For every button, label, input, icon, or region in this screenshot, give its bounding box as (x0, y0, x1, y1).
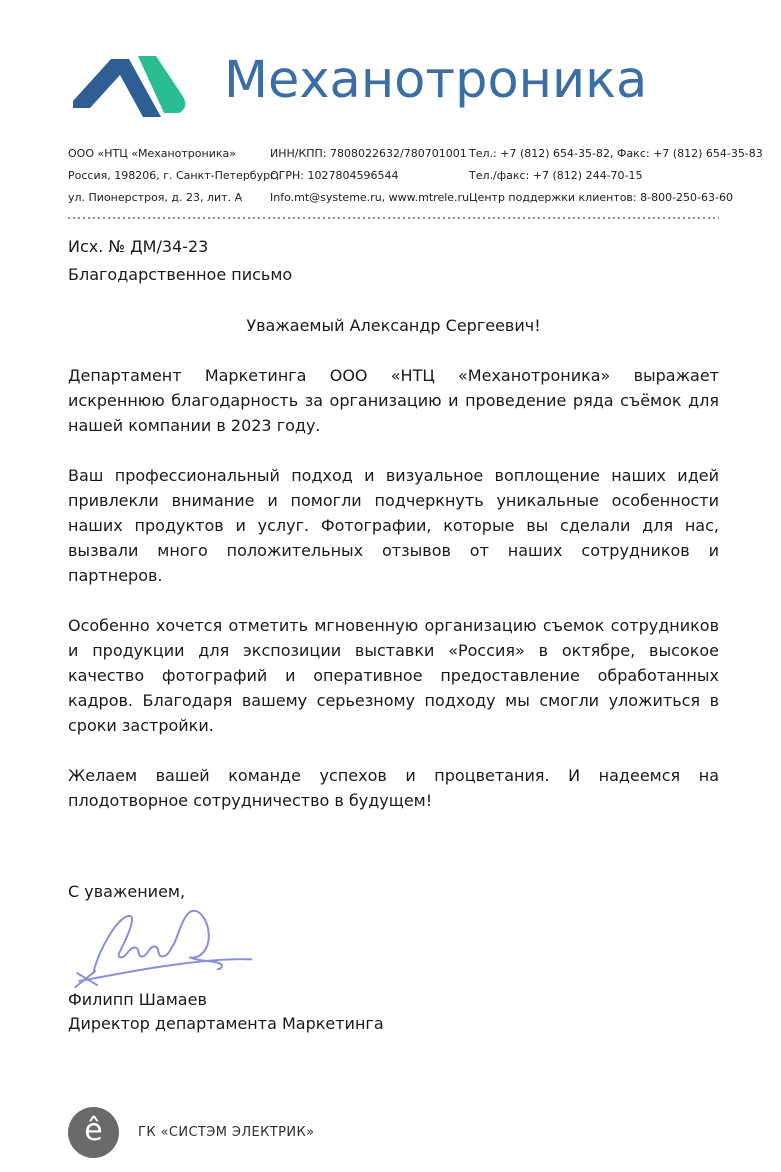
handwritten-signature (70, 906, 719, 990)
ogrn: ОГРН: 1027804596544 (270, 165, 469, 187)
mechanotronika-logo-icon (68, 44, 208, 119)
email-and-website: Info.mt@systeme.ru, www.mtrele.ru (270, 187, 469, 209)
group-name: ГК «СИСТЭМ ЭЛЕКТРИК» (138, 1125, 314, 1140)
inn-kpp: ИНН/КПП: 7808022632/780701001 (270, 143, 469, 165)
footer: ê ГК «СИСТЭМ ЭЛЕКТРИК» (68, 1107, 314, 1158)
company-address-line2: ул. Пионерстроя, д. 23, лит. А (68, 187, 270, 209)
paragraph-4: Желаем вашей команде успехов и процветан… (68, 763, 719, 813)
phone-fax: Тел.: +7 (812) 654-35-82, Факс: +7 (812)… (469, 143, 763, 165)
letterhead-info: ООО «НТЦ «Механотроника» Россия, 198206,… (68, 143, 719, 209)
company-info-column: ООО «НТЦ «Механотроника» Россия, 198206,… (68, 143, 270, 209)
signature-icon (70, 906, 305, 990)
salutation: Уважаемый Александр Сергеевич! (68, 313, 719, 338)
ref-number: Исх. № ДМ/34-23 (68, 236, 719, 258)
registration-info-column: ИНН/КПП: 7808022632/780701001 ОГРН: 1027… (270, 143, 469, 209)
brand-header: Механотроника (68, 44, 719, 118)
paragraph-3: Особенно хочется отметить мгновенную орг… (68, 613, 719, 738)
letter-page: Механотроника ООО «НТЦ «Механотроника» Р… (0, 0, 781, 1172)
signer-title: Директор департамента Маркетинга (68, 1012, 719, 1036)
paragraph-1: Департамент Маркетинга ООО «НТЦ «Механот… (68, 363, 719, 438)
signer-name: Филипп Шамаев (68, 988, 719, 1012)
document-type: Благодарственное письмо (68, 264, 719, 286)
systeme-electric-logo-icon: ê (68, 1107, 119, 1158)
closing-phrase: С уважением, (68, 879, 719, 904)
letter-body: Департамент Маркетинга ООО «НТЦ «Механот… (68, 363, 719, 813)
dotted-divider (68, 217, 719, 219)
paragraph-2: Ваш профессиональный подход и визуальное… (68, 463, 719, 588)
contacts-info-column: Тел.: +7 (812) 654-35-82, Факс: +7 (812)… (469, 143, 763, 209)
support-phone: Центр поддержки клиентов: 8-800-250-63-6… (469, 187, 763, 209)
company-name: ООО «НТЦ «Механотроника» (68, 143, 270, 165)
company-address-line1: Россия, 198206, г. Санкт-Петербург, (68, 165, 270, 187)
tel-fax2: Тел./факс: +7 (812) 244-70-15 (469, 165, 763, 187)
brand-wordmark: Механотроника (224, 55, 647, 106)
